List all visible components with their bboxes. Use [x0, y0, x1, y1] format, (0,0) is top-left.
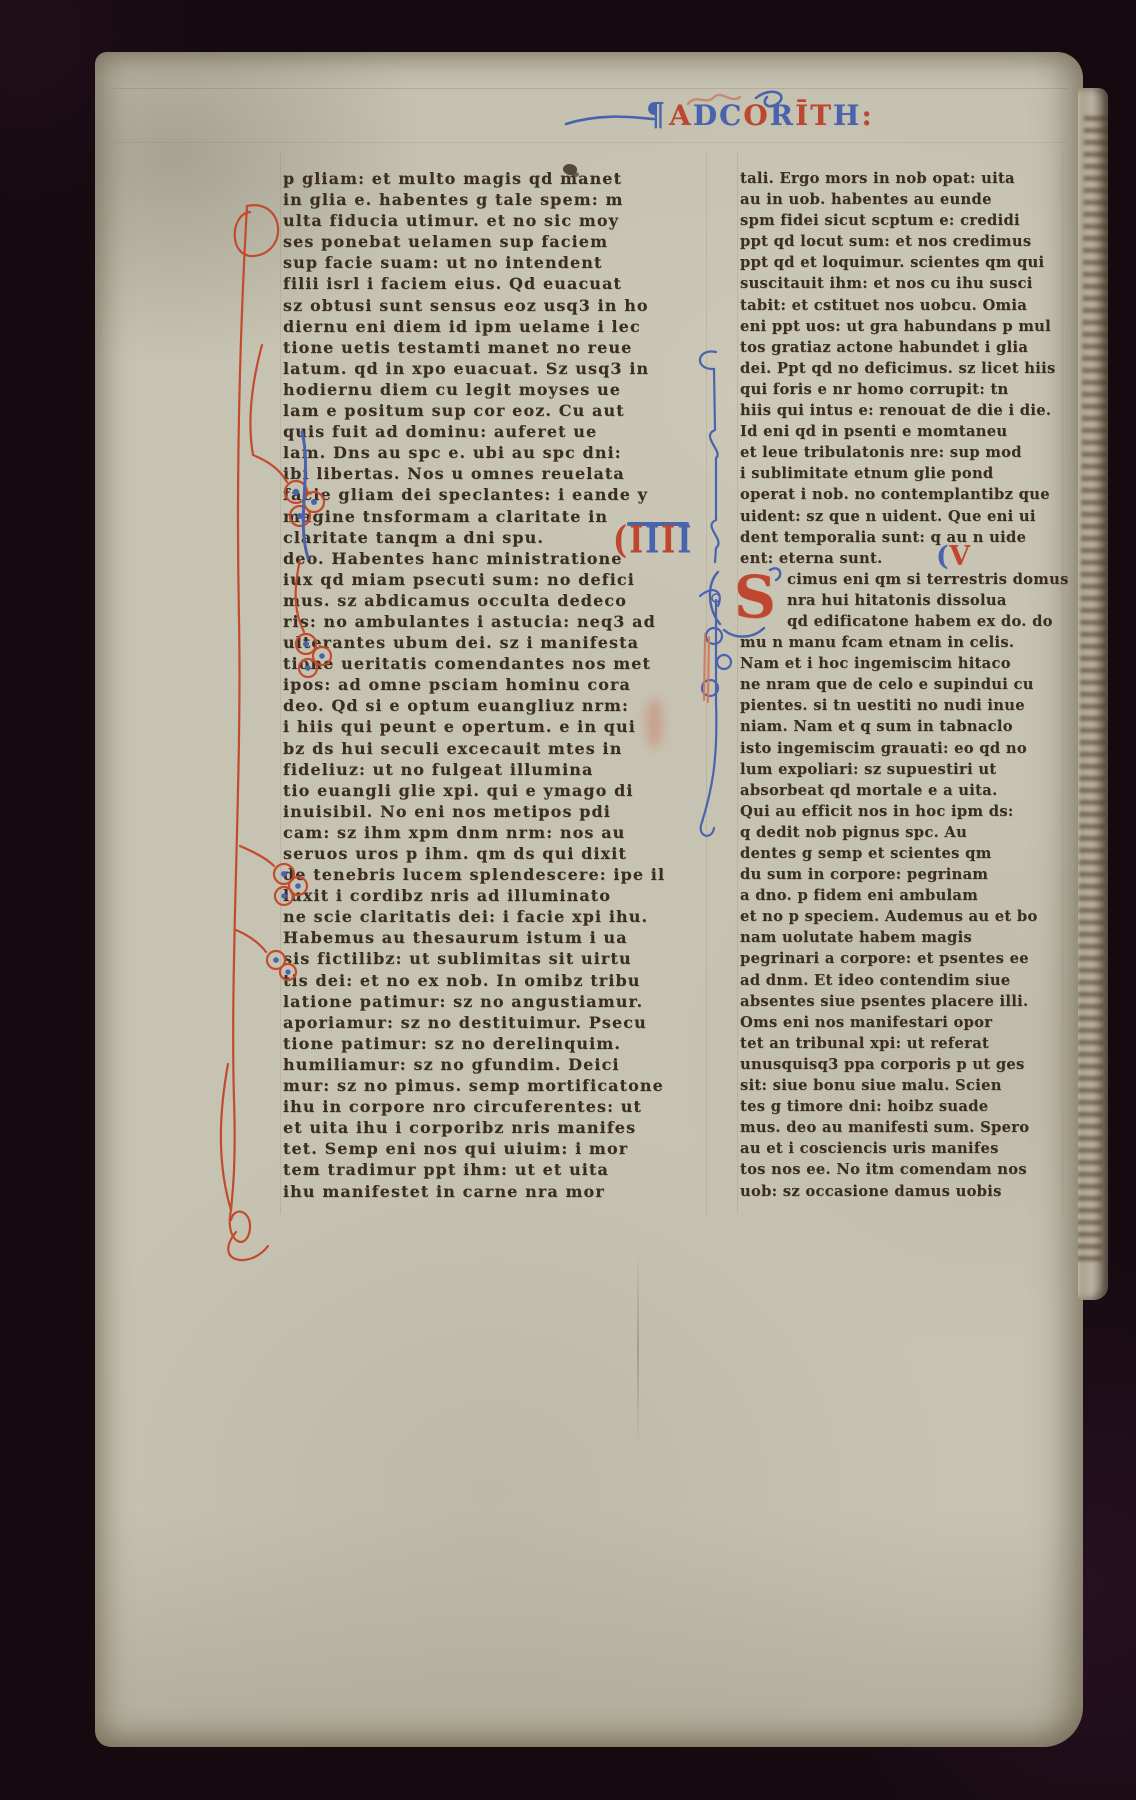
column-lines: tali. Ergo mors in nob opat: uitaau in u… — [740, 168, 1072, 1202]
text-line: pientes. si tn uestiti no nudi inue — [740, 695, 1065, 716]
rubric-letter: O — [743, 99, 769, 133]
text-line: tione uetis testamti manet no reue — [283, 337, 707, 358]
rubric-letter: I — [645, 522, 661, 560]
text-line: qui foris e nr homo corrupit: tn — [740, 379, 1065, 400]
text-line: et uita ihu i corporibz nris manifes — [283, 1117, 707, 1138]
text-line: i hiis qui peunt e opertum. e in qui — [283, 716, 707, 737]
text-line: tos nos ee. No itm comendam nos — [740, 1159, 1065, 1180]
text-line: sup facie suam: ut no intendent — [283, 252, 707, 273]
text-line: facie gliam dei speclantes: i eande y — [283, 484, 707, 505]
text-line: fideliuz: ut no fulgeat illumina — [283, 759, 707, 780]
text-line: suscitauit ihm: et nos cu ihu susci — [740, 273, 1065, 294]
text-line: ipos: ad omne psciam hominu cora — [283, 674, 707, 695]
text-line: ses ponebat uelamen sup faciem — [283, 231, 707, 252]
text-line: inuisibil. No eni nos metipos pdi — [283, 801, 707, 822]
text-line: tet an tribunal xpi: ut referat — [740, 1033, 1065, 1054]
chapter-initial-S: S — [720, 566, 790, 636]
text-line: ris: no ambulantes i astucia: neq3 ad — [283, 611, 707, 632]
text-line: niam. Nam et q sum in tabnaclo — [740, 716, 1065, 737]
text-line: p gliam: et multo magis qd manet — [283, 168, 707, 189]
text-line: iux qd miam psecuti sum: no defici — [283, 569, 707, 590]
text-line: nam uolutate habem magis — [740, 927, 1065, 948]
rubric-letter: I — [661, 522, 677, 560]
text-line: tis dei: et no ex nob. In omibz tribu — [283, 970, 707, 991]
text-line: Id eni qd in psenti e momtaneu — [740, 421, 1065, 442]
rubric-letter: T — [810, 99, 833, 133]
text-line: au in uob. habentes au eunde — [740, 189, 1065, 210]
rubric-letter: C — [719, 99, 743, 133]
rubric-letter: I — [629, 522, 645, 560]
text-line: bz ds hui seculi excecauit mtes in — [283, 738, 707, 759]
text-line: operat i nob. no contemplantibz que — [740, 484, 1065, 505]
ruling-line — [110, 88, 1068, 89]
text-line: Nam et i hoc ingemiscim hitaco — [740, 653, 1065, 674]
text-line: lam. Dns au spc e. ubi au spc dni: — [283, 442, 707, 463]
rubric-letter: I — [677, 522, 693, 560]
column-lines: p gliam: et multo magis qd manetin glia … — [283, 168, 707, 1202]
ruling-line — [737, 152, 738, 1214]
text-line: in glia e. habentes g tale spem: m — [283, 189, 707, 210]
text-line: pegrinari a corpore: et psentes ee — [740, 948, 1065, 969]
text-line: ppt qd locut sum: et nos credimus — [740, 231, 1065, 252]
text-line: ulterantes ubum dei. sz i manifesta — [283, 632, 707, 653]
running-header: ¶ ADCORĪTH: — [646, 99, 874, 139]
text-line: luxit i cordibz nris ad illuminato — [283, 885, 707, 906]
text-line: de tenebris lucem splendescere: ipe il — [283, 864, 707, 885]
text-line: seruos uros p ihm. qm ds qui dixit — [283, 843, 707, 864]
rubric-letter: ( — [936, 542, 949, 572]
text-line: ulta fiducia utimur. et no sic moy — [283, 210, 707, 231]
text-line: ne nram que de celo e supindui cu — [740, 674, 1065, 695]
text-line: tione ueritatis comendantes nos met — [283, 653, 707, 674]
text-line: i sublimitate etnum glie pond — [740, 463, 1065, 484]
text-line: tio euangli glie xpi. qui e ymago di — [283, 780, 707, 801]
text-line: Habemus au thesaurum istum i ua — [283, 927, 707, 948]
text-line: spm fidei sicut scptum e: credidi — [740, 210, 1065, 231]
rubric-letter: H — [833, 99, 861, 133]
text-line: mus. sz abdicamus occulta dedeco — [283, 590, 707, 611]
text-line: eni ppt uos: ut gra habundans p mul — [740, 316, 1065, 337]
initial-filigree-icon — [714, 562, 784, 642]
text-line: uob: sz occasione damus uobis — [740, 1181, 1065, 1202]
text-line: du sum in corpore: pegrinam — [740, 864, 1065, 885]
text-line: tet. Semp eni nos qui uiuim: i mor — [283, 1138, 707, 1159]
text-line: sis fictilibz: ut sublimitas sit uirtu — [283, 948, 707, 969]
text-line: mur: sz no pimus. semp mortificatone — [283, 1075, 707, 1096]
text-line: ad dnm. Et ideo contendim siue — [740, 970, 1065, 991]
text-line: lum expoliari: sz supuestiri ut — [740, 759, 1065, 780]
running-header-title: ADCORĪTH: — [669, 99, 874, 133]
text-line: et leue tribulatonis nre: sup mod — [740, 442, 1065, 463]
text-line: filii isrl i faciem eius. Qd euacuat — [283, 273, 707, 294]
text-line: uident: sz que n uident. Que eni ui — [740, 506, 1065, 527]
text-line: cam: sz ihm xpm dnm nrm: nos au — [283, 822, 707, 843]
text-line: ne scie claritatis dei: i facie xpi ihu. — [283, 906, 707, 927]
book-fore-edge — [1078, 88, 1108, 1300]
text-line: au et i cosciencis uris manifes — [740, 1138, 1065, 1159]
text-line: ihu manifestet in carne nra mor — [283, 1181, 707, 1202]
gutter-crease — [637, 1252, 639, 1448]
text-column-right: tali. Ergo mors in nob opat: uitaau in u… — [740, 168, 1072, 1202]
text-line: sit: siue bonu siue malu. Scien — [740, 1075, 1065, 1096]
manuscript-photo: { "colors":{ "background":"#150a10", "pa… — [0, 0, 1136, 1800]
text-line: unusquisq3 ppa corporis p ut ges — [740, 1054, 1065, 1075]
text-line: tione patimur: sz no derelinquim. — [283, 1033, 707, 1054]
text-line: hiis qui intus e: renouat de die i die. — [740, 400, 1065, 421]
paraph-mark-icon: ¶ — [646, 98, 667, 134]
chapter-numeral-V: (V — [936, 540, 970, 574]
text-line: aporiamur: sz no destituimur. Psecu — [283, 1012, 707, 1033]
text-line: latione patimur: sz no angustiamur. — [283, 991, 707, 1012]
text-line: ibi libertas. Nos u omnes reuelata — [283, 463, 707, 484]
text-column-left: p gliam: et multo magis qd manetin glia … — [283, 168, 707, 1202]
text-line: Oms eni nos manifestari opor — [740, 1012, 1065, 1033]
text-line: a dno. p fidem eni ambulam — [740, 885, 1065, 906]
text-line: sz obtusi sunt sensus eoz usq3 in ho — [283, 295, 707, 316]
text-line: ppt qd et loquimur. scientes qm qui — [740, 252, 1065, 273]
rubric-letter: R — [770, 99, 795, 133]
rubric-letter: ( — [613, 522, 629, 560]
text-line: diernu eni diem id ipm uelame i lec — [283, 316, 707, 337]
rubric-letter: : — [862, 99, 874, 133]
rubric-letter: Ī — [795, 99, 810, 133]
text-line: tabit: et cstituet nos uobcu. Omia — [740, 295, 1065, 316]
ruling-line — [110, 142, 1068, 143]
text-line: ihu in corpore nro circuferentes: ut — [283, 1096, 707, 1117]
text-line: dei. Ppt qd no deficimus. sz licet hiis — [740, 358, 1065, 379]
text-line: tem tradimur ppt ihm: ut et uita — [283, 1159, 707, 1180]
ruling-line — [280, 152, 281, 1214]
text-line: mus. deo au manifesti sum. Spero — [740, 1117, 1065, 1138]
text-line: dentes g semp et scientes qm — [740, 843, 1065, 864]
text-line: latum. qd in xpo euacuat. Sz usq3 in — [283, 358, 707, 379]
text-line: dent temporalia sunt: q au n uide — [740, 527, 1065, 548]
text-line: tali. Ergo mors in nob opat: uita — [740, 168, 1065, 189]
text-line: lam e positum sup cor eoz. Cu aut — [283, 400, 707, 421]
text-line: tos gratiaz actone habundet i glia — [740, 337, 1065, 358]
text-line: Qui au efficit nos in hoc ipm ds: — [740, 801, 1065, 822]
chapter-numeral-IIII: (IIII — [613, 520, 693, 562]
text-line: q dedit nob pignus spc. Au — [740, 822, 1065, 843]
text-line: absentes siue psentes placere illi. — [740, 991, 1065, 1012]
text-line: isto ingemiscim grauati: eo qd no — [740, 738, 1065, 759]
text-line: hodiernu diem cu legit moyses ue — [283, 379, 707, 400]
text-line: quis fuit ad dominu: auferet ue — [283, 421, 707, 442]
text-line: deo. Qd si e optum euangliuz nrm: — [283, 695, 707, 716]
rubric-letter: V — [949, 542, 970, 572]
text-line: et no p speciem. Audemus au et bo — [740, 906, 1065, 927]
rubric-letter: D — [693, 99, 719, 133]
rubric-letter: A — [669, 99, 693, 133]
showthrough-text — [1078, 116, 1108, 1266]
text-line: absorbeat qd mortale e a uita. — [740, 780, 1065, 801]
text-line: tes g timore dni: hoibz suade — [740, 1096, 1065, 1117]
text-line: humiliamur: sz no gfundim. Deici — [283, 1054, 707, 1075]
